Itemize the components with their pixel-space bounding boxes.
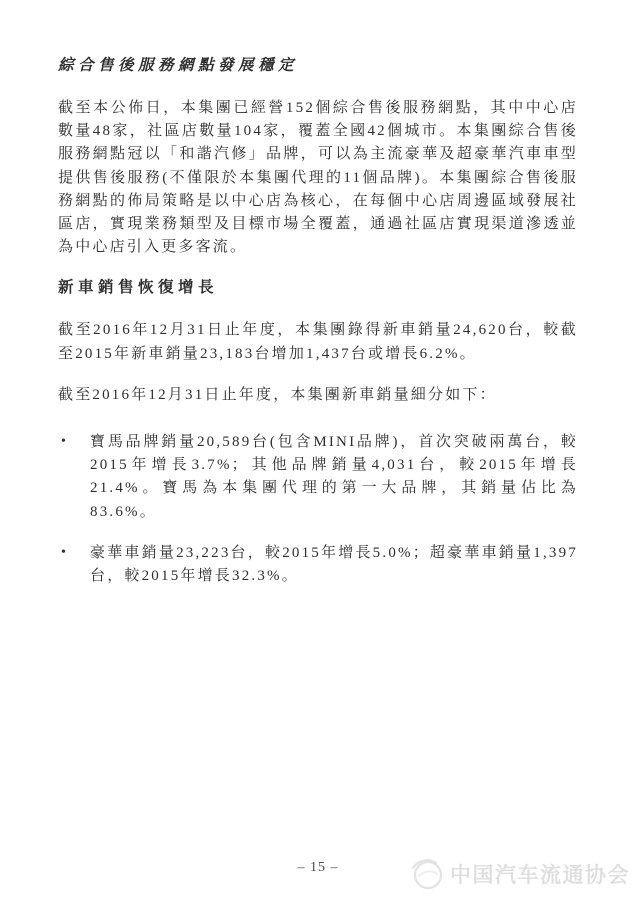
newcar-section-heading: 新車銷售恢復增長 <box>58 278 578 298</box>
newcar-sales-breakdown-intro-paragraph: 截至2016年12月31日止年度，本集團新車銷量細分如下： <box>58 384 578 407</box>
list-item-bmw-sales: •寶馬品牌銷量20,589台(包含MINI品牌)，首次突破兩萬台，較2015年增… <box>58 431 578 524</box>
watermark-text: 中国汽车流通协会 <box>450 859 630 889</box>
sales-breakdown-list: •寶馬品牌銷量20,589台(包含MINI品牌)，首次突破兩萬台，較2015年增… <box>58 431 578 588</box>
newcar-sales-summary-paragraph: 截至2016年12月31日止年度，本集團錄得新車銷量24,620台，較截至201… <box>58 319 578 365</box>
aftersales-section-heading: 綜合售後服務網點發展穩定 <box>58 56 578 76</box>
cada-logo-icon <box>409 856 445 892</box>
section-newcar-sales: 新車銷售恢復增長 截至2016年12月31日止年度，本集團錄得新車銷量24,62… <box>58 278 578 588</box>
luxury-sales-text: 豪華車銷量23,223台，較2015年增長5.0%；超豪華車銷量1,397台，較… <box>90 545 578 584</box>
bmw-sales-text: 寶馬品牌銷量20,589台(包含MINI品牌)，首次突破兩萬台，較2015年增長… <box>90 434 578 520</box>
association-watermark: 中国汽车流通协会 <box>409 856 630 892</box>
bullet-icon: • <box>61 541 66 564</box>
bullet-icon: • <box>61 430 66 453</box>
document-page: 綜合售後服務網點發展穩定 截至本公佈日，本集團已經營152個綜合售後服務網點，其… <box>0 0 636 900</box>
list-item-luxury-sales: •豪華車銷量23,223台，較2015年增長5.0%；超豪華車銷量1,397台，… <box>58 542 578 588</box>
aftersales-paragraph: 截至本公佈日，本集團已經營152個綜合售後服務網點，其中中心店數量48家，社區店… <box>58 97 578 259</box>
page-content: 綜合售後服務網點發展穩定 截至本公佈日，本集團已經營152個綜合售後服務網點，其… <box>0 0 636 588</box>
section-aftersales-network: 綜合售後服務網點發展穩定 截至本公佈日，本集團已經營152個綜合售後服務網點，其… <box>58 56 578 259</box>
